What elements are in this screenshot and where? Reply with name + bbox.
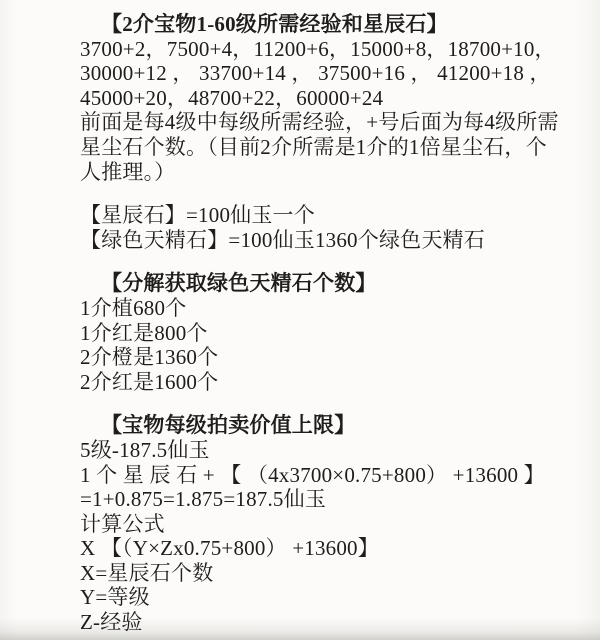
text-line: 2介红是1600个 xyxy=(80,370,570,395)
text-line: 星尘石个数。（目前2介所需是1介的1倍星尘石，个 xyxy=(80,135,570,160)
paragraph: 【星辰石】=100仙玉一个【绿色天精石】=100仙玉1360个绿色天精石 xyxy=(80,203,570,252)
text-line: 5级-187.5仙玉 xyxy=(80,438,570,463)
paragraph: 【2介宝物1-60级所需经验和星辰石】3700+2，7500+4，11200+6… xyxy=(80,12,570,184)
section-heading: 【2介宝物1-60级所需经验和星辰石】 xyxy=(80,12,570,37)
text-line: 1介红是800个 xyxy=(80,321,570,346)
paragraph: 【宝物每级拍卖价值上限】5级-187.5仙玉1 个 星 辰 石 + 【 （4x3… xyxy=(80,413,570,634)
text-line: 45000+20，48700+22，60000+24 xyxy=(80,86,570,111)
text-line: 前面是每4级中每级所需经验，+号后面为每4级所需 xyxy=(80,110,570,135)
section-heading: 【宝物每级拍卖价值上限】 xyxy=(80,413,570,438)
text-line: 2介橙是1360个 xyxy=(80,345,570,370)
document-page: 【2介宝物1-60级所需经验和星辰石】3700+2，7500+4，11200+6… xyxy=(0,0,600,640)
text-line: 计算公式 xyxy=(80,512,570,537)
text-line: Z-经验 xyxy=(80,610,570,635)
text-line: X=星辰石个数 xyxy=(80,561,570,586)
text-line: 人推理。） xyxy=(80,160,570,185)
document-body: 【2介宝物1-60级所需经验和星辰石】3700+2，7500+4，11200+6… xyxy=(80,12,570,635)
text-line: X 【（Y×Zx0.75+800） +13600】 xyxy=(80,536,570,561)
text-line: =1+0.875=1.875=187.5仙玉 xyxy=(80,487,570,512)
text-line: 【星辰石】=100仙玉一个 xyxy=(80,203,570,228)
text-line: Y=等级 xyxy=(80,585,570,610)
text-line: 30000+12 ， 33700+14 ， 37500+16 ， 41200+1… xyxy=(80,61,570,86)
text-line: 【绿色天精石】=100仙玉1360个绿色天精石 xyxy=(80,228,570,253)
text-line: 1介植680个 xyxy=(80,296,570,321)
text-line: 1 个 星 辰 石 + 【 （4x3700×0.75+800） +13600 】 xyxy=(80,463,570,488)
paragraph: 【分解获取绿色天精石个数】1介植680个1介红是800个2介橙是1360个2介红… xyxy=(80,271,570,394)
text-line: 3700+2，7500+4，11200+6，15000+8，18700+10， xyxy=(80,37,570,62)
section-heading: 【分解获取绿色天精石个数】 xyxy=(80,271,570,296)
